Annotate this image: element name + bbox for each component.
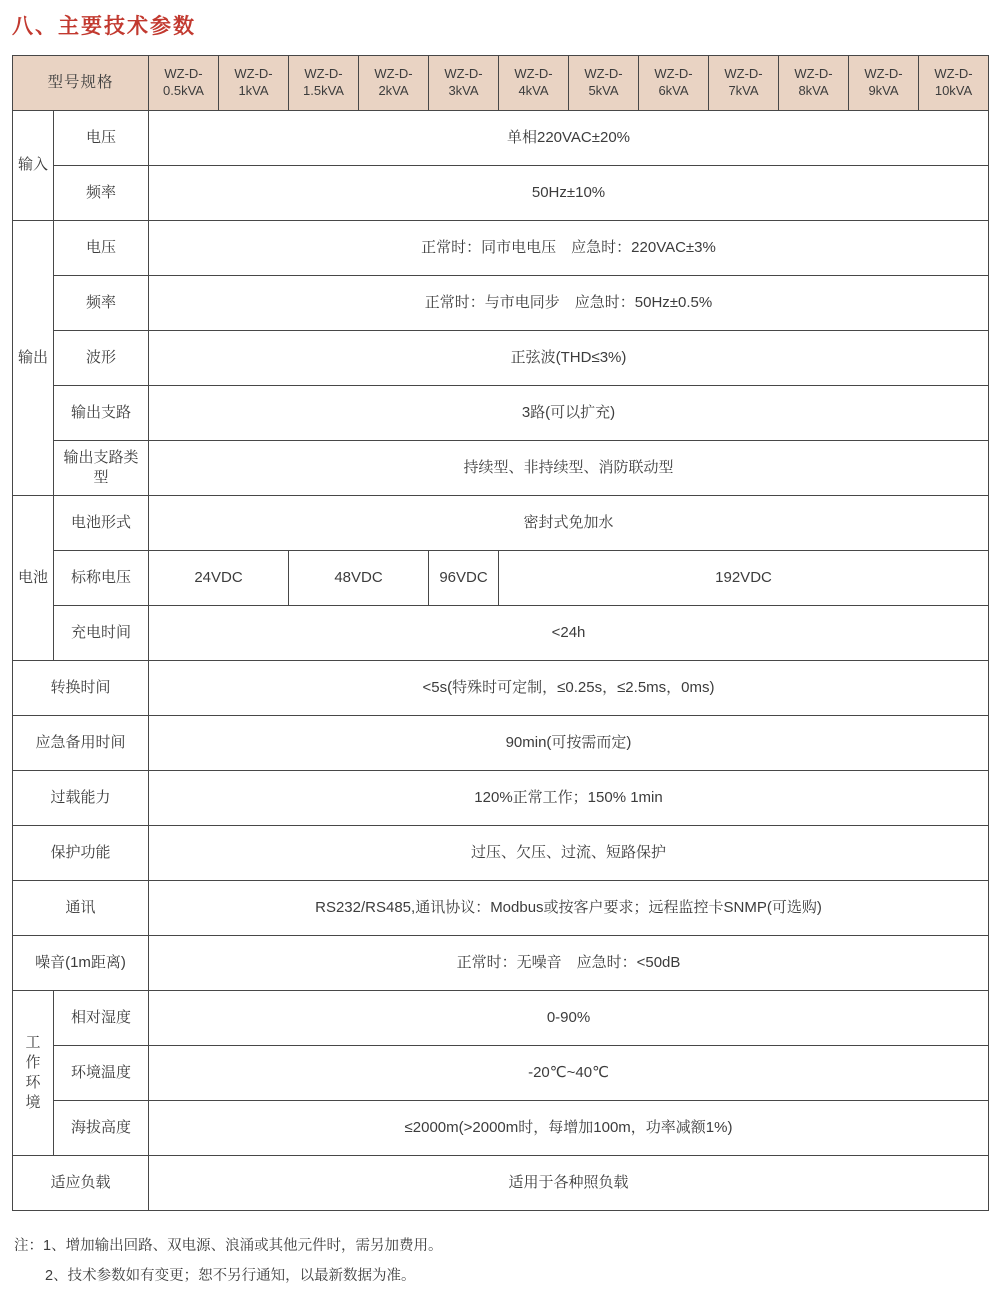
row-label: 电压 bbox=[54, 111, 149, 166]
table-row: 频率 50Hz±10% bbox=[13, 166, 989, 221]
table-row: 过载能力 120%正常工作；150% 1min bbox=[13, 771, 989, 826]
header-model-cell: WZ-D- 1.5kVA bbox=[289, 56, 359, 111]
row-value: ≤2000m(>2000m时，每增加100m，功率减额1%) bbox=[149, 1101, 989, 1156]
row-value: 90min(可按需而定) bbox=[149, 716, 989, 771]
row-label: 输出支路类型 bbox=[54, 441, 149, 496]
group-label-environment: 工 作 环 境 bbox=[13, 991, 54, 1156]
table-row: 工 作 环 境 相对湿度 0-90% bbox=[13, 991, 989, 1046]
row-value: <24h bbox=[149, 606, 989, 661]
page-title: 八、主要技术参数 bbox=[12, 10, 988, 40]
row-value: 3路(可以扩充) bbox=[149, 386, 989, 441]
header-model-cell: WZ-D- 4kVA bbox=[499, 56, 569, 111]
row-value: 持续型、非持续型、消防联动型 bbox=[149, 441, 989, 496]
row-value: 正弦波(THD≤3%) bbox=[149, 331, 989, 386]
header-model-cell: WZ-D- 0.5kVA bbox=[149, 56, 219, 111]
row-label: 海拔高度 bbox=[54, 1101, 149, 1156]
row-label: 适应负载 bbox=[13, 1156, 149, 1211]
row-value: -20℃~40℃ bbox=[149, 1046, 989, 1101]
row-label: 相对湿度 bbox=[54, 991, 149, 1046]
row-value: 正常时：同市电电压 应急时：220VAC±3% bbox=[149, 221, 989, 276]
row-label: 电池形式 bbox=[54, 496, 149, 551]
table-row: 环境温度 -20℃~40℃ bbox=[13, 1046, 989, 1101]
spec-table: 型号规格 WZ-D- 0.5kVA WZ-D- 1kVA WZ-D- 1.5kV… bbox=[12, 55, 989, 1211]
header-model-cell: WZ-D- 1kVA bbox=[219, 56, 289, 111]
row-value: 过压、欠压、过流、短路保护 bbox=[149, 826, 989, 881]
row-label: 环境温度 bbox=[54, 1046, 149, 1101]
row-label: 通讯 bbox=[13, 881, 149, 936]
row-label: 频率 bbox=[54, 276, 149, 331]
table-row: 标称电压 24VDC 48VDC 96VDC 192VDC bbox=[13, 551, 989, 606]
row-label: 应急备用时间 bbox=[13, 716, 149, 771]
row-value: 50Hz±10% bbox=[149, 166, 989, 221]
header-model-cell: WZ-D- 6kVA bbox=[639, 56, 709, 111]
header-row: 型号规格 WZ-D- 0.5kVA WZ-D- 1kVA WZ-D- 1.5kV… bbox=[13, 56, 989, 111]
row-label: 电压 bbox=[54, 221, 149, 276]
table-row: 通讯 RS232/RS485,通讯协议：Modbus或按客户要求；远程监控卡SN… bbox=[13, 881, 989, 936]
header-model-cell: WZ-D- 10kVA bbox=[919, 56, 989, 111]
row-value: 适用于各种照负载 bbox=[149, 1156, 989, 1211]
row-label: 噪音(1m距离) bbox=[13, 936, 149, 991]
table-row: 输出 电压 正常时：同市电电压 应急时：220VAC±3% bbox=[13, 221, 989, 276]
row-value: 0-90% bbox=[149, 991, 989, 1046]
table-row: 输出支路类型 持续型、非持续型、消防联动型 bbox=[13, 441, 989, 496]
group-label-output: 输出 bbox=[13, 221, 54, 496]
header-model-cell: WZ-D- 9kVA bbox=[849, 56, 919, 111]
table-row: 频率 正常时：与市电同步 应急时：50Hz±0.5% bbox=[13, 276, 989, 331]
header-model-cell: WZ-D- 7kVA bbox=[709, 56, 779, 111]
footnotes: 注：1、增加输出回路、双电源、浪涌或其他元件时，需另加费用。 2、技术参数如有变… bbox=[14, 1231, 988, 1291]
header-model-cell: WZ-D- 8kVA bbox=[779, 56, 849, 111]
group-label-battery: 电池 bbox=[13, 496, 54, 661]
footnote-text: 1、增加输出回路、双电源、浪涌或其他元件时，需另加费用。 bbox=[43, 1238, 443, 1254]
group-label-input: 输入 bbox=[13, 111, 54, 221]
row-value: 120%正常工作；150% 1min bbox=[149, 771, 989, 826]
table-row: 保护功能 过压、欠压、过流、短路保护 bbox=[13, 826, 989, 881]
table-row: 噪音(1m距离) 正常时：无噪音 应急时：<50dB bbox=[13, 936, 989, 991]
row-label: 过载能力 bbox=[13, 771, 149, 826]
row-value: <5s(特殊时可定制，≤0.25s，≤2.5ms，0ms) bbox=[149, 661, 989, 716]
row-label: 频率 bbox=[54, 166, 149, 221]
row-value: 正常时：与市电同步 应急时：50Hz±0.5% bbox=[149, 276, 989, 331]
table-row: 应急备用时间 90min(可按需而定) bbox=[13, 716, 989, 771]
row-label: 标称电压 bbox=[54, 551, 149, 606]
row-label: 充电时间 bbox=[54, 606, 149, 661]
row-label: 波形 bbox=[54, 331, 149, 386]
row-label: 输出支路 bbox=[54, 386, 149, 441]
header-model-spec-label: 型号规格 bbox=[13, 56, 149, 111]
table-row: 转换时间 <5s(特殊时可定制，≤0.25s，≤2.5ms，0ms) bbox=[13, 661, 989, 716]
row-value: RS232/RS485,通讯协议：Modbus或按客户要求；远程监控卡SNMP(… bbox=[149, 881, 989, 936]
row-value: 正常时：无噪音 应急时：<50dB bbox=[149, 936, 989, 991]
table-row: 电池 电池形式 密封式免加水 bbox=[13, 496, 989, 551]
footnote-prefix: 注： bbox=[14, 1238, 43, 1254]
header-model-cell: WZ-D- 3kVA bbox=[429, 56, 499, 111]
spec-page: 八、主要技术参数 型号规格 WZ-D- 0.5kVA WZ-D- 1kVA WZ… bbox=[0, 0, 1000, 1301]
battery-voltage-cell: 24VDC bbox=[149, 551, 289, 606]
table-row: 适应负载 适用于各种照负载 bbox=[13, 1156, 989, 1211]
row-value: 密封式免加水 bbox=[149, 496, 989, 551]
battery-voltage-cell: 192VDC bbox=[499, 551, 989, 606]
row-label: 转换时间 bbox=[13, 661, 149, 716]
table-row: 输出支路 3路(可以扩充) bbox=[13, 386, 989, 441]
table-row: 海拔高度 ≤2000m(>2000m时，每增加100m，功率减额1%) bbox=[13, 1101, 989, 1156]
table-row: 输入 电压 单相220VAC±20% bbox=[13, 111, 989, 166]
table-row: 充电时间 <24h bbox=[13, 606, 989, 661]
row-label: 保护功能 bbox=[13, 826, 149, 881]
table-row: 波形 正弦波(THD≤3%) bbox=[13, 331, 989, 386]
battery-voltage-cell: 48VDC bbox=[289, 551, 429, 606]
header-model-cell: WZ-D- 2kVA bbox=[359, 56, 429, 111]
header-model-cell: WZ-D- 5kVA bbox=[569, 56, 639, 111]
footnote-line: 注：1、增加输出回路、双电源、浪涌或其他元件时，需另加费用。 bbox=[14, 1231, 988, 1261]
battery-voltage-cell: 96VDC bbox=[429, 551, 499, 606]
footnote-text: 2、技术参数如有变更；恕不另行通知，以最新数据为准。 bbox=[45, 1268, 416, 1284]
row-value: 单相220VAC±20% bbox=[149, 111, 989, 166]
